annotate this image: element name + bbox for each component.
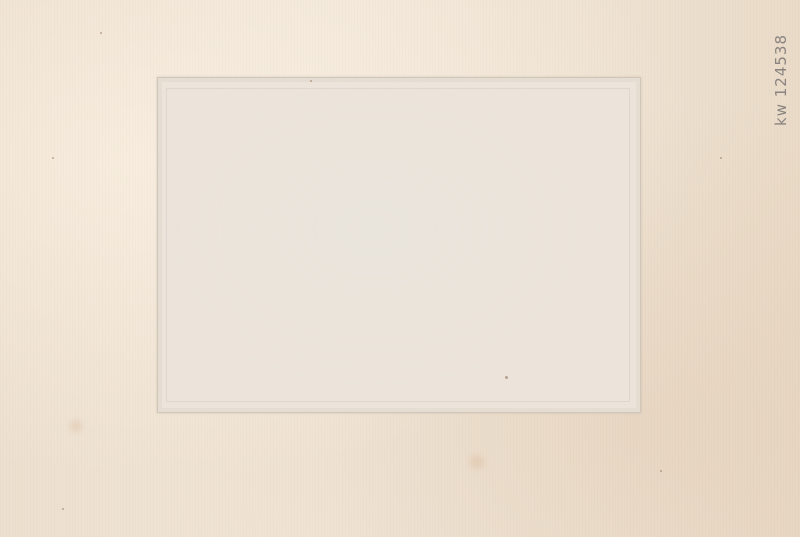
- foxing-spot: [62, 508, 64, 510]
- plate-image-area: [166, 88, 630, 402]
- pencil-annotation: kw 124538: [766, 30, 796, 130]
- foxing-spot: [720, 157, 722, 159]
- foxing-spot: [310, 80, 312, 82]
- inventory-number: kw 124538: [772, 34, 790, 126]
- foxing-spot: [505, 376, 508, 379]
- foxing-spot: [660, 470, 662, 472]
- foxing-spot: [100, 32, 102, 34]
- paper-sheet: kw 124538: [0, 0, 800, 537]
- paper-stain: [70, 420, 82, 432]
- plate-mark: [157, 77, 641, 413]
- foxing-spot: [52, 157, 54, 159]
- paper-stain: [470, 455, 484, 469]
